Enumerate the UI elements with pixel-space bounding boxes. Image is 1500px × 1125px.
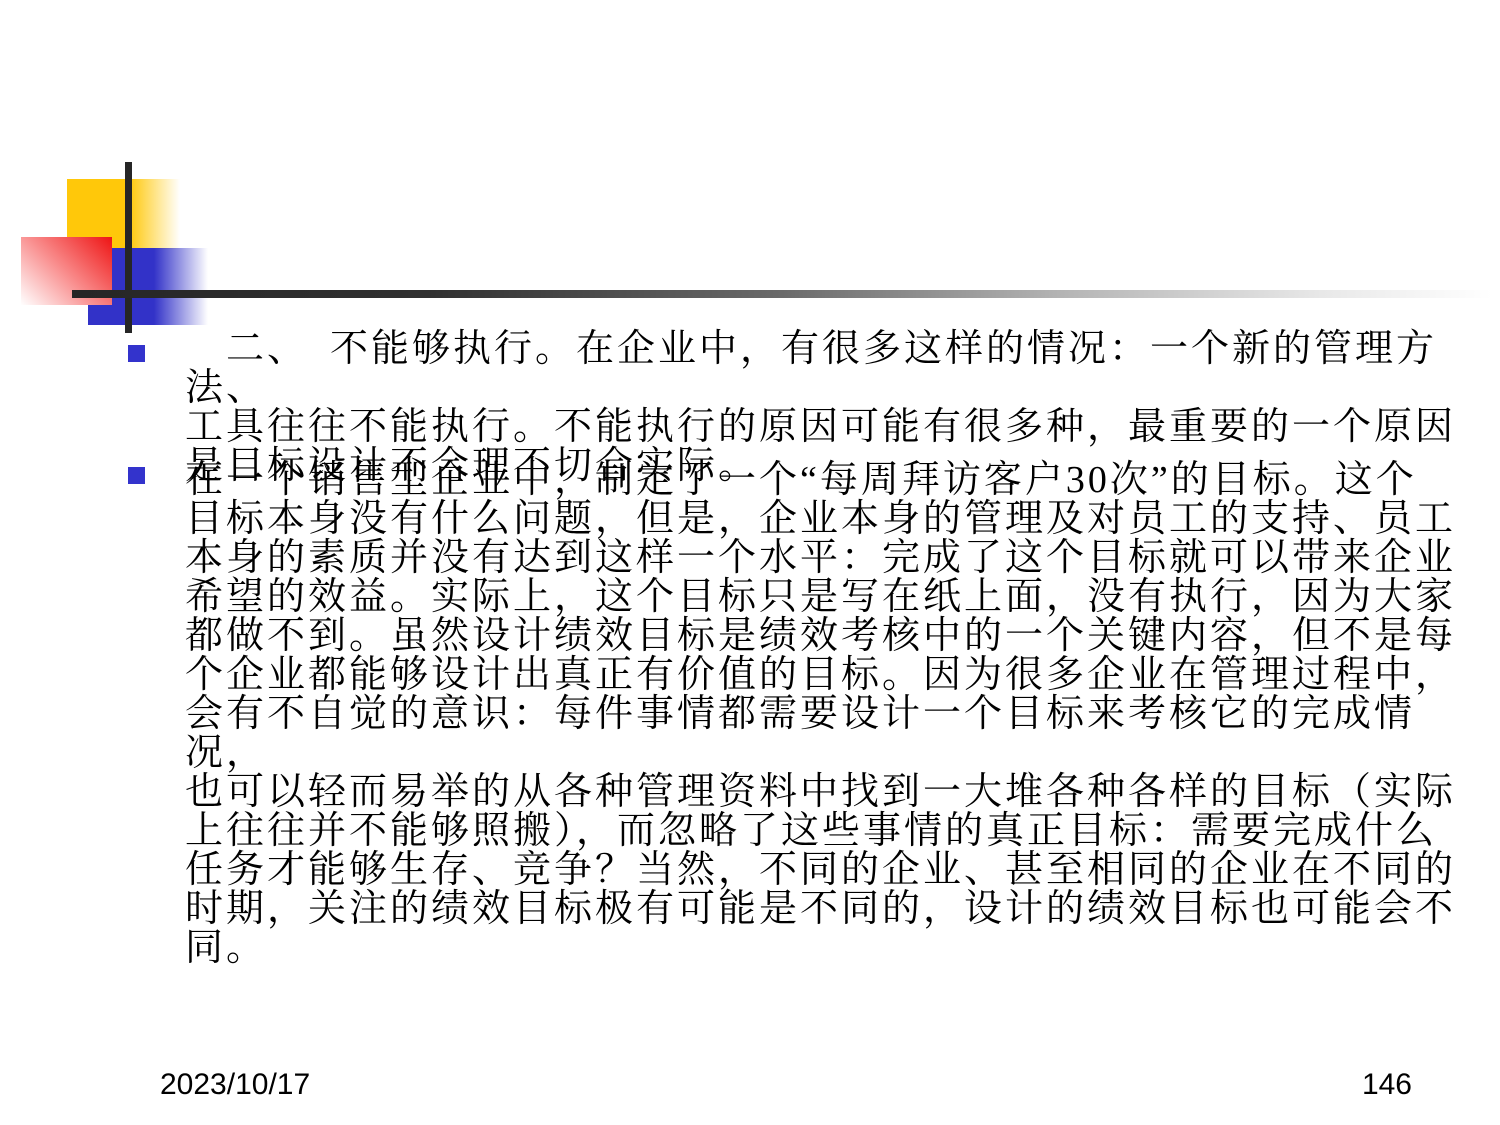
bullet-square-icon	[128, 345, 145, 362]
bullet-square-icon	[128, 467, 145, 484]
slide: 二、 不能够执行。在企业中，有很多这样的情况：一个新的管理方法、 工具往往不能执…	[0, 0, 1500, 1125]
decoration-horizontal-rule	[72, 290, 1492, 298]
decoration-vertical-line	[125, 162, 132, 333]
footer-date: 2023/10/17	[160, 1068, 310, 1102]
bullet-paragraph-2: 在一个销售型企业中，制定了一个“每周拜访客户30次”的目标。这个 目标本身没有什…	[185, 461, 1493, 968]
footer-page-number: 146	[1312, 1068, 1412, 1102]
